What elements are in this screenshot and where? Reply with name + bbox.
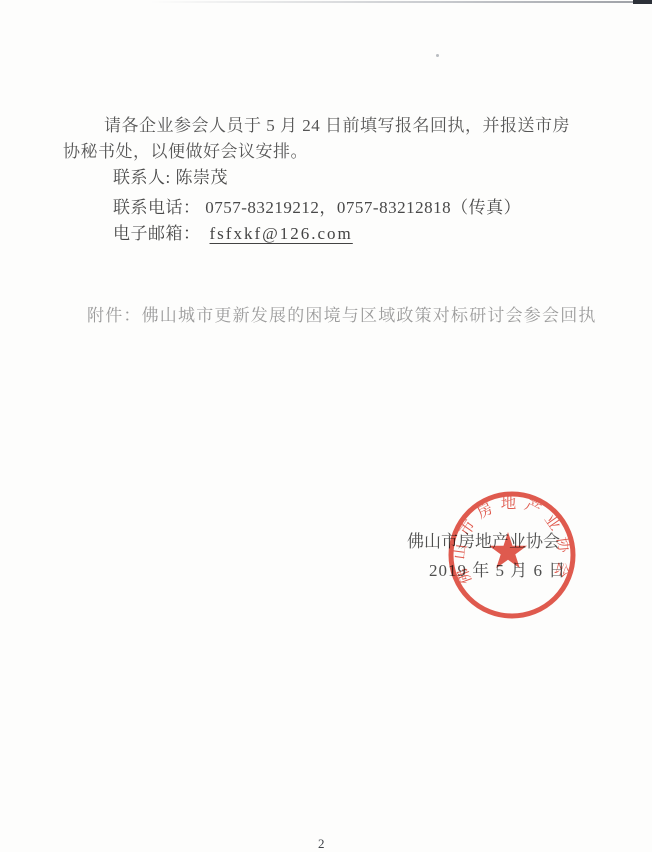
contact-phone-line: 联系电话： 0757-83219212，0757-83212818（传真）	[113, 196, 521, 220]
contact-person-line: 联系人: 陈崇茂	[113, 166, 228, 190]
page-number: 2	[318, 836, 325, 852]
email-label: 电子邮箱：	[113, 222, 201, 246]
signature-date: 2019 年 5 月 6 日	[429, 556, 566, 581]
scanned-document-page: 请各企业参会人员于 5 月 24 日前填写报名回执，并报送市房 协秘书处，以便做…	[0, 0, 652, 852]
attachment-line: 附件：佛山城市更新发展的困境与区域政策对标研讨会参会回执	[87, 304, 597, 328]
email-address: fsfxkf@126.com	[210, 222, 353, 246]
paragraph-line-1: 请各企业参会人员于 5 月 24 日前填写报名回执，并报送市房	[104, 114, 570, 138]
paragraph-line-2: 协秘书处，以便做好会议安排。	[63, 140, 308, 164]
contact-email-line: 电子邮箱： fsfxkf@126.com	[113, 222, 353, 246]
signature-organization: 佛山市房地产业协会	[407, 527, 560, 552]
scan-speck	[436, 54, 439, 57]
scan-corner-artifact	[633, 0, 652, 4]
official-seal-stamp-icon: 佛山市房地产业协会	[440, 483, 584, 627]
scan-edge-artifact	[150, 1, 652, 3]
